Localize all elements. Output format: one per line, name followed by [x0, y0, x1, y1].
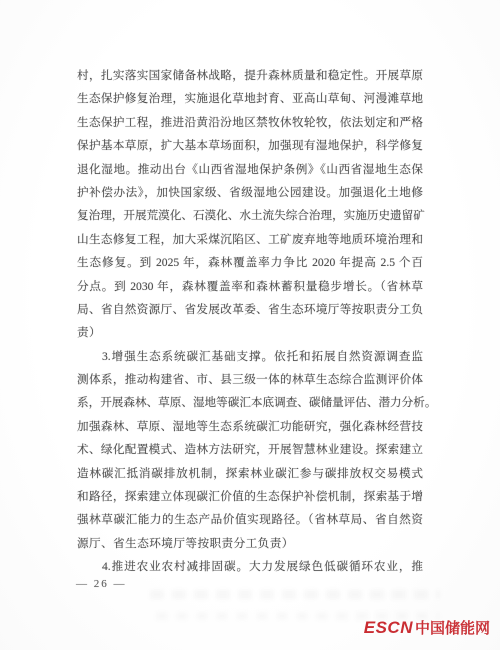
text-line: 强林草碳汇能力的生态产品价值实现路径。（省林草局、省自然资: [77, 508, 423, 531]
text-line: 造林碳汇抵消碳排放机制，探索林业碳汇参与碳排放权交易模式: [77, 462, 423, 485]
text-line: 村，扎实落实国家储备林战略，提升森林质量和稳定性。开展草原: [77, 64, 423, 87]
watermark-escn-text: ESCN: [364, 618, 413, 637]
text-line: 护补偿办法》，加快国家级、省级湿地公园建设。加强退化土地修: [77, 181, 423, 204]
text-line: 生态保护修复治理，实施退化草地封育、亚高山草甸、河漫滩草地: [77, 87, 423, 110]
text-line: 退化湿地。推动出台《山西省湿地保护条例》《山西省湿地生态保: [77, 158, 423, 181]
watermark-chinese-text: 中国储能网: [415, 620, 490, 637]
document-page: 村，扎实落实国家储备林战略，提升森林质量和稳定性。开展草原 生态保护修复治理，实…: [0, 0, 500, 650]
text-line: 和路径，探索建立体现碳汇价值的生态保护补偿机制，探索基于增: [77, 485, 423, 508]
text-line-section-3: 3.增强生态系统碳汇基础支撑。依托和拓展自然资源调查监: [77, 345, 423, 368]
text-line: 复治理，开展荒漠化、石漠化、水土流失综合治理，实施历史遗留矿: [77, 204, 423, 227]
text-line: 系，开展森林、草原、湿地等碳汇本底调查、碳储量评估、潜力分析。: [77, 391, 423, 414]
text-line: 源厅、省生态环境厅等按职责分工负责）: [77, 532, 423, 555]
text-line: 分点。到 2030 年，森林覆盖率和森林蓄积量稳步增长。（省林草: [77, 275, 423, 298]
text-line: 术、绿化配置模式、造林方法研究，开展智慧林业建设。探索建立: [77, 438, 423, 461]
text-line: 生态修复。到 2025 年，森林覆盖率力争比 2020 年提高 2.5 个百: [77, 251, 423, 274]
watermark-logo: ESCN中国储能网: [364, 617, 490, 638]
text-line: 加强森林、草原、湿地等生态系统碳汇功能研究，强化森林经营技: [77, 415, 423, 438]
text-line: 生态保护工程，推进沿黄沿汾地区禁牧休牧轮牧，依法划定和严格: [77, 111, 423, 134]
body-text: 村，扎实落实国家储备林战略，提升森林质量和稳定性。开展草原 生态保护修复治理，实…: [77, 64, 423, 579]
text-line: 局、省自然资源厅、省发展改革委、省生态环境厅等按职责分工负: [77, 298, 423, 321]
text-line: 保护基本草原，扩大基本草场面积，加强现有湿地保护，科学修复: [77, 134, 423, 157]
page-number: — 26 —: [76, 577, 127, 591]
text-line: 测体系，推动构建省、市、县三级一体的林草生态综合监测评价体: [77, 368, 423, 391]
text-line: 山生态修复工程，加大采煤沉陷区、工矿废弃地等地质环境治理和: [77, 228, 423, 251]
text-line-section-4: 4.推进农业农村减排固碳。大力发展绿色低碳循环农业，推: [77, 555, 423, 578]
text-line: 责）: [77, 321, 423, 344]
